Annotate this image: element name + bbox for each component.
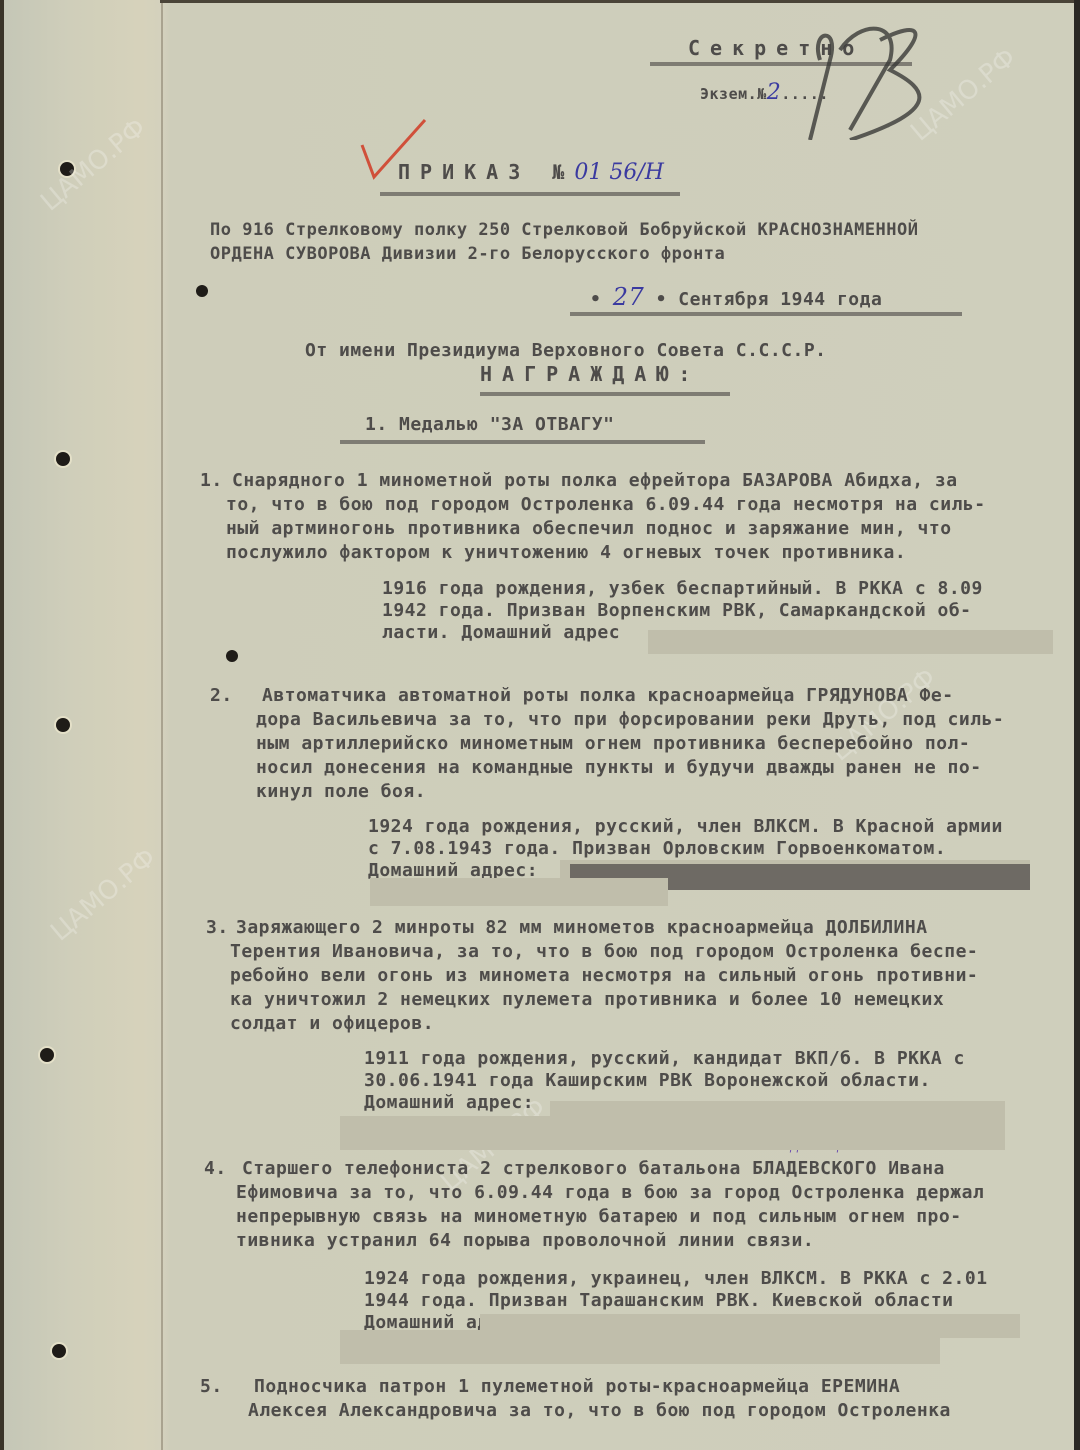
punch-hole-icon [40, 1048, 54, 1062]
entry-citation-line: Подносчика патрон 1 пулеметной роты-крас… [254, 1376, 900, 1397]
punch-hole-icon [226, 650, 238, 662]
punch-hole-icon [196, 285, 208, 297]
margin-fold-line [161, 0, 163, 1450]
entry-number: 5. [200, 1376, 223, 1397]
page-right-edge [1074, 0, 1080, 1450]
entry-citation-line: послужило фактором к уничтожению 4 огнев… [226, 542, 906, 563]
signature-icon [780, 20, 940, 140]
entry-citation-line: непрерывную связь на минометную батарею … [236, 1206, 962, 1227]
entry-citation-line: то, что в бою под городом Остроленка 6.0… [226, 494, 986, 515]
order-date: • 27 • Сентября 1944 года [590, 283, 882, 311]
entry-citation-line: Автоматчика автоматной роты полка красно… [262, 685, 954, 706]
punch-hole-icon [60, 162, 74, 176]
entry-bio-line: 1911 года рождения, русский, кандидат ВК… [364, 1048, 965, 1069]
entry-bio-line: ласти. Домашний адрес [382, 622, 620, 643]
section-heading-underline [340, 440, 705, 444]
order-title: ПРИКАЗ №01 56/Н [398, 160, 664, 185]
entry-citation-line: Заряжающего 2 минроты 82 мм минометов кр… [236, 917, 928, 938]
entry-bio-line: 1924 года рождения, русский, член ВЛКСМ.… [368, 816, 1003, 837]
entry-citation-line: носил донесения на командные пункты и бу… [256, 757, 982, 778]
order-title-label: ПРИКАЗ № [398, 160, 574, 184]
entry-bio-line: Домашний адрес: [364, 1092, 534, 1113]
punch-hole-icon [56, 718, 70, 732]
entry-bio-line: 30.06.1941 года Каширским РВК Воронежско… [364, 1070, 931, 1091]
redacted-address [370, 878, 668, 906]
unit-line-1: По 916 Стрелковому полку 250 Стрелковой … [210, 220, 919, 240]
entry-number: 2. [210, 685, 233, 706]
entry-citation-line: Алексея Александровича за то, что в бою … [248, 1400, 951, 1421]
redacted-address [648, 630, 1053, 654]
punch-hole-icon [52, 1344, 66, 1358]
authority-line: От имени Президиума Верховного Совета С.… [305, 340, 827, 361]
unit-line-2: ОРДЕНА СУВОРОВА Дивизии 2-го Белорусског… [210, 244, 725, 264]
watermark: ЦАМО.РФ [35, 113, 152, 218]
date-day: 27 [613, 283, 645, 311]
entry-citation-line: ребойно вели огонь из миномета несмотря … [230, 965, 978, 986]
entry-bio-line: 1944 года. Призван Тарашанским РВК. Киев… [364, 1290, 954, 1311]
entry-bio-line: 1916 года рождения, узбек беспартийный. … [382, 578, 983, 599]
entry-citation-line: кинул поле боя. [256, 781, 426, 802]
entry-number: 4. [204, 1158, 227, 1179]
page-top-edge [160, 0, 1080, 3]
entry-citation-line: тивника устранил 64 порыва проволочной л… [236, 1230, 814, 1251]
entry-number: 1. [200, 470, 223, 491]
entry-citation-line: Терентия Ивановича, за то, что в бою под… [230, 941, 978, 962]
binding-edge [0, 0, 4, 1450]
redacted-address [340, 1330, 940, 1364]
entry-citation-line: дора Васильевича за то, что при форсиров… [256, 709, 1004, 730]
entry-citation-line: Ефимовича за то, что 6.09.44 года в бою … [236, 1182, 984, 1203]
entry-citation-line: ка уничтожил 2 немецких пулемета противн… [230, 989, 944, 1010]
document-page: ЦАМО.РФ ЦАМО.РФ ЦАМО.РФ ЦАМО.РФ ЦАМО.РФ … [0, 0, 1080, 1450]
award-verb: НАГРАЖДАЮ: [480, 362, 700, 386]
order-title-underline [380, 192, 680, 196]
award-verb-underline [480, 392, 730, 396]
punch-hole-icon [56, 452, 70, 466]
entry-citation-line: ным артиллерийско минометным огнем проти… [256, 733, 970, 754]
entry-citation-line: Снарядного 1 минометной роты полка ефрей… [232, 470, 958, 491]
order-number: 01 56/Н [574, 160, 664, 185]
watermark: ЦАМО.РФ [45, 843, 162, 948]
date-underline [570, 312, 962, 316]
copy-number-label: Экзем.№ [700, 85, 767, 103]
entry-citation-line: солдат и офицеров. [230, 1013, 434, 1034]
entry-citation-line: Старшего телефониста 2 стрелкового батал… [242, 1158, 945, 1179]
entry-bio-line: 1942 года. Призван Ворпенским РВК, Самар… [382, 600, 972, 621]
redacted-address [340, 1116, 1005, 1150]
entry-bio-line: с 7.08.1943 года. Призван Орловским Горв… [368, 838, 946, 859]
date-month-year: Сентября 1944 года [678, 289, 882, 310]
entry-number: 3. [206, 917, 229, 938]
entry-citation-line: ный артминогонь противника обеспечил под… [226, 518, 952, 539]
entry-bio-line: 1924 года рождения, украинец, член ВЛКСМ… [364, 1268, 988, 1289]
section-heading: 1. Медалью "ЗА ОТВАГУ" [365, 414, 614, 435]
